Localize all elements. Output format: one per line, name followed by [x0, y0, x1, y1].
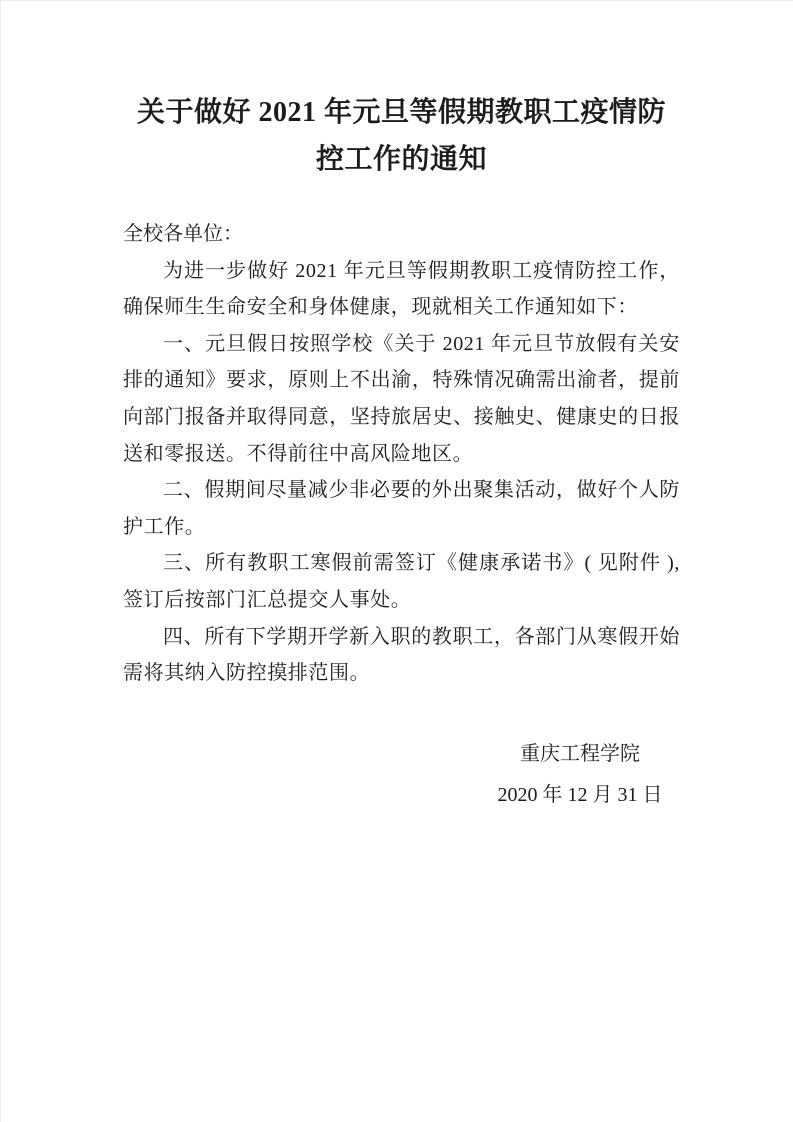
paragraph-item-4: 四、所有下学期开学新入职的教职工，各部门从寒假开始需将其纳入防控摸排范围。 — [123, 619, 680, 692]
document-title: 关于做好 2021 年元旦等假期教职工疫情防控工作的通知 — [123, 89, 680, 183]
document-page: 关于做好 2021 年元旦等假期教职工疫情防控工作的通知 全校各单位： 为进一步… — [0, 0, 793, 1122]
paragraph-intro: 为进一步做好 2021 年元旦等假期教职工疫情防控工作，确保师生生命安全和身体健… — [123, 253, 680, 326]
paragraph-item-1: 一、元旦假日按照学校《关于 2021 年元旦节放假有关安排的通知》要求，原则上不… — [123, 326, 680, 472]
paragraph-item-3: 三、所有教职工寒假前需签订《健康承诺书》( 见附件 ),签订后按部门汇总提交人事… — [123, 545, 680, 618]
signature-organization: 重庆工程学院 — [480, 734, 680, 775]
signature-block: 重庆工程学院 2020 年 12 月 31 日 — [480, 734, 680, 816]
salutation: 全校各单位： — [123, 216, 680, 253]
document-body: 全校各单位： 为进一步做好 2021 年元旦等假期教职工疫情防控工作，确保师生生… — [123, 216, 680, 816]
signature-date: 2020 年 12 月 31 日 — [480, 775, 680, 816]
paragraph-item-2: 二、假期间尽量减少非必要的外出聚集活动，做好个人防护工作。 — [123, 472, 680, 545]
